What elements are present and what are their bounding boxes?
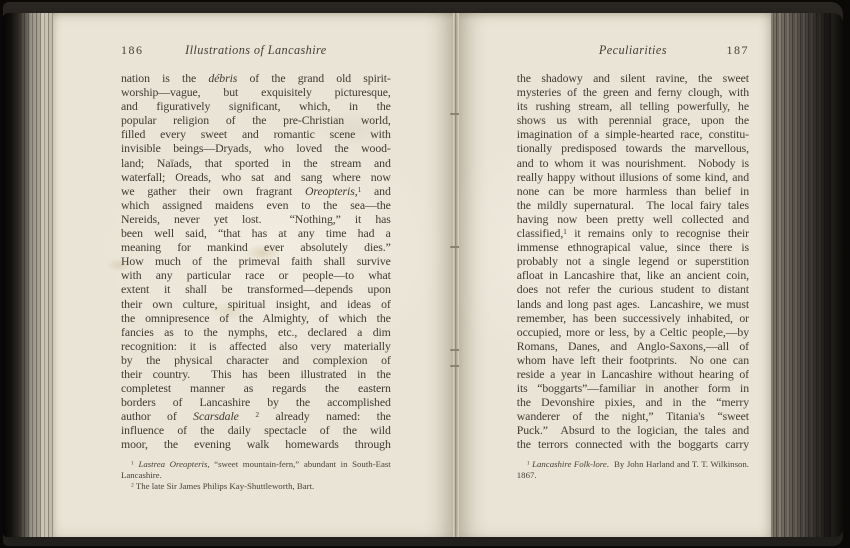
text-line: fancies as to the nymphs, etc., declared…: [121, 325, 391, 339]
page-edges-left: [17, 13, 53, 537]
text-line: nation is the débris of the grand old sp…: [121, 71, 391, 85]
right-page-body: the shadowy and silent ravine, the sweet…: [517, 71, 749, 452]
text-line: lands and long past ages. Lancashire, we…: [517, 297, 749, 311]
text-line: really happy without illusions of some k…: [517, 170, 749, 184]
left-page-footnotes: 1 Lastrea Oreopteris, “sweet mountain-fe…: [121, 459, 391, 493]
text-line: tionally predisposed towards the marvell…: [517, 141, 749, 155]
footnote: 1 Lancashire Folk-lore. By John Harland …: [517, 459, 749, 481]
right-running-title: Peculiarities: [517, 43, 749, 58]
right-page: Peculiarities 187 the shadowy and silent…: [459, 13, 771, 537]
text-line: remember, has been successively inhabite…: [517, 311, 749, 325]
text-line: How much of the primeval faith shall sur…: [121, 254, 391, 268]
text-line: moor, the evening walk homewards through: [121, 437, 391, 451]
text-line: with any particular race or people—to wh…: [121, 268, 391, 282]
left-page-header: 186 Illustrations of Lancashire: [121, 43, 391, 59]
text-line: reside a year in Lancashire without hear…: [517, 367, 749, 381]
text-line: worship—vague, but exquisitely picturesq…: [121, 85, 391, 99]
book-cover-left-edge: [3, 13, 17, 537]
text-line: borders of Lancashire by the accomplishe…: [121, 395, 391, 409]
text-line: wanderer of the night,” Titania's “sweet: [517, 409, 749, 423]
text-line: and figuratively significant, which, in …: [121, 99, 391, 113]
footnote: 1 Lastrea Oreopteris, “sweet mountain-fe…: [121, 459, 391, 481]
left-page: 186 Illustrations of Lancashire nation i…: [53, 13, 453, 537]
text-line: imagination of a simple-hearted race, co…: [517, 127, 749, 141]
right-page-number: 187: [727, 43, 750, 58]
text-line: the terrors connected with the boggarts …: [517, 437, 749, 451]
book-cover-right-edge: [831, 13, 843, 537]
text-line: its rushing stream, all telling powerful…: [517, 99, 749, 113]
text-line: by the physical character and complexion…: [121, 353, 391, 367]
open-book: 186 Illustrations of Lancashire nation i…: [3, 2, 843, 546]
text-line: immense ethnograpical value, since there…: [517, 240, 749, 254]
text-line: the omnipresence of the Almighty, of whi…: [121, 311, 391, 325]
text-line: Romans, Danes, and Anglo-Saxons,—all of: [517, 339, 749, 353]
text-line: its “boggarts”—familiar in another form …: [517, 381, 749, 395]
text-line: their own culture, spiritual insight, an…: [121, 297, 391, 311]
left-running-title: Illustrations of Lancashire: [121, 43, 391, 58]
text-line: invisible beings—Dryads, who loved the w…: [121, 141, 391, 155]
text-line: and to whom it was nourishment. Nobody i…: [517, 156, 749, 170]
footnote: 2 The late Sir James Philips Kay-Shuttle…: [121, 481, 391, 492]
text-line: classified,1 it remains only to recognis…: [517, 226, 749, 240]
text-line: extent it shall be transformed—depends u…: [121, 282, 391, 296]
text-line: Puck.” Absurd to the logician, the tales…: [517, 423, 749, 437]
text-line: none can be more harmless than belief in: [517, 184, 749, 198]
text-line: whom have left their footprints. No one …: [517, 353, 749, 367]
text-line: filled every sweet and romantic scene wi…: [121, 127, 391, 141]
right-page-header: Peculiarities 187: [517, 43, 749, 59]
text-line: recognition: it is affected also very ma…: [121, 339, 391, 353]
right-page-footnotes: 1 Lancashire Folk-lore. By John Harland …: [517, 459, 749, 481]
text-line: which assigned maidens even to the sea—t…: [121, 198, 391, 212]
text-line: Nereids, never yet lost. “Nothing,” it h…: [121, 212, 391, 226]
text-line: shows us with perennial grace, upon the: [517, 113, 749, 127]
text-line: waterfall; Oreads, who sat and sang wher…: [121, 170, 391, 184]
text-line: does not refer the curious student to di…: [517, 282, 749, 296]
text-line: the shadowy and silent ravine, the sweet: [517, 71, 749, 85]
text-line: influence of the daily spectacle of the …: [121, 423, 391, 437]
text-line: occupied, more or less, by a Celtic peop…: [517, 325, 749, 339]
photo-background: 186 Illustrations of Lancashire nation i…: [0, 0, 850, 548]
text-line: been well said, “that has at any time ha…: [121, 226, 391, 240]
text-line: probably not a single legend or supersti…: [517, 254, 749, 268]
text-line: we gather their own fragrant Oreopteris,…: [121, 184, 391, 198]
page-edges-right: [771, 13, 831, 537]
text-line: meaning for mankind ever absolutely dies…: [121, 240, 391, 254]
text-line: land; Naïads, that sported in the stream…: [121, 156, 391, 170]
text-line: completest manner as regards the eastern: [121, 381, 391, 395]
text-line: mysteries of the green and ferny clough,…: [517, 85, 749, 99]
text-line: having now been pretty well collected an…: [517, 212, 749, 226]
text-line: the Devonshire pixies, and in the “merry: [517, 395, 749, 409]
text-line: author of Scarsdale 2 already named: the: [121, 409, 391, 423]
left-page-body: nation is the débris of the grand old sp…: [121, 71, 391, 452]
left-page-number: 186: [121, 43, 144, 58]
text-line: afloat in Lancashire that, like an ancie…: [517, 268, 749, 282]
text-line: popular religion of the pre-Christian wo…: [121, 113, 391, 127]
text-line: the mildly supernatural. The local fairy…: [517, 198, 749, 212]
text-line: their country. This has been illustrated…: [121, 367, 391, 381]
